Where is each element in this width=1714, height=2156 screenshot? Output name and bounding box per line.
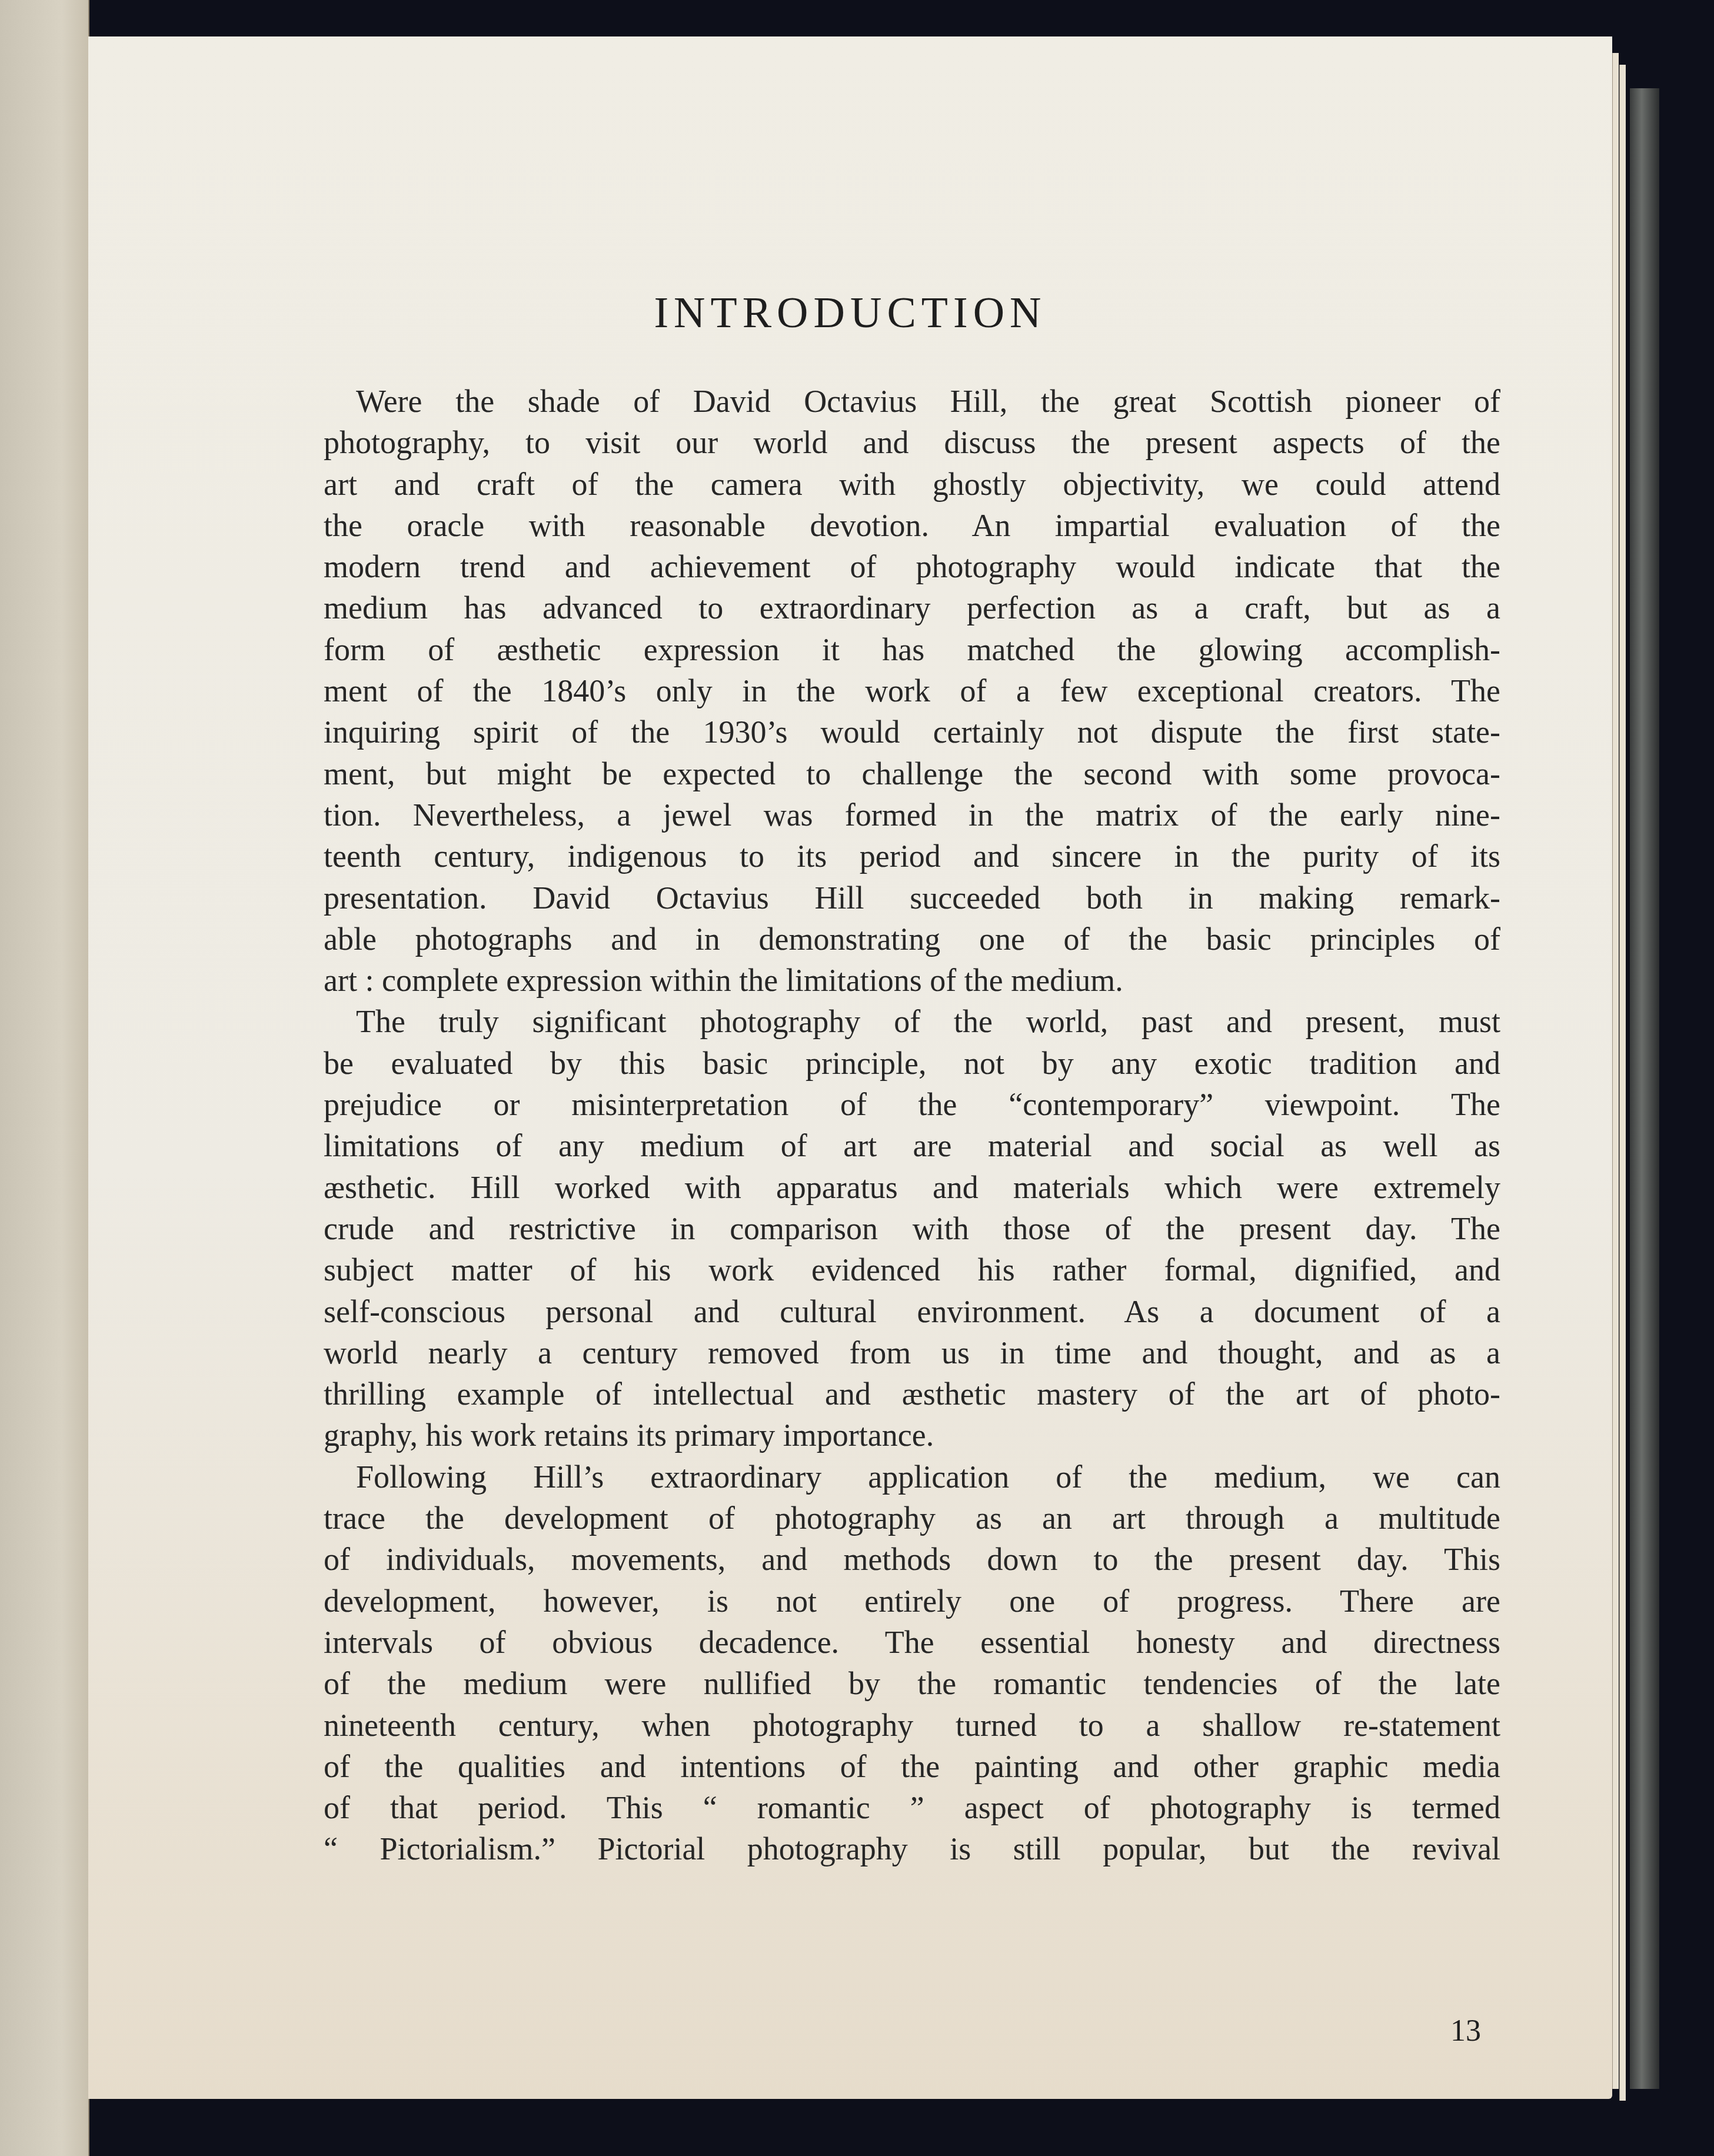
paragraph-2: The truly significant photography of the…	[324, 1001, 1500, 1456]
text-line: development, however, is not entirely on…	[324, 1581, 1500, 1622]
text-line: art : complete expression within the lim…	[324, 960, 1500, 1001]
text-line: teenth century, indigenous to its period…	[324, 836, 1500, 877]
text-line: of the medium were nullified by the roma…	[324, 1663, 1500, 1704]
page-stack-edge	[1612, 53, 1619, 2089]
text-line: Following Hill’s extraordinary applicati…	[324, 1456, 1500, 1498]
text-line: prejudice or misinterpretation of the “c…	[324, 1084, 1500, 1125]
text-line: inquiring spirit of the 1930’s would cer…	[324, 711, 1500, 753]
text-line: of individuals, movements, and methods d…	[324, 1539, 1500, 1580]
text-line: ment of the 1840’s only in the work of a…	[324, 670, 1500, 711]
text-line: æsthetic. Hill worked with apparatus and…	[324, 1167, 1500, 1208]
text-line: limitations of any medium of art are mat…	[324, 1125, 1500, 1166]
text-line: of that period. This “ romantic ” aspect…	[324, 1787, 1500, 1828]
text-line: photography, to visit our world and disc…	[324, 422, 1500, 463]
body-text: Were the shade of David Octavius Hill, t…	[324, 381, 1500, 1870]
facing-page-edge	[0, 0, 89, 2156]
text-line: form of æsthetic expression it has match…	[324, 629, 1500, 670]
chapter-title: INTRODUCTION	[88, 288, 1612, 338]
text-line: thrilling example of intellectual and æs…	[324, 1373, 1500, 1415]
text-line: able photographs and in demonstrating on…	[324, 919, 1500, 960]
text-line: intervals of obvious decadence. The esse…	[324, 1622, 1500, 1663]
text-line: of the qualities and intentions of the p…	[324, 1746, 1500, 1787]
text-line: be evaluated by this basic principle, no…	[324, 1043, 1500, 1084]
paragraph-1: Were the shade of David Octavius Hill, t…	[324, 381, 1500, 1001]
text-line: art and craft of the camera with ghostly…	[324, 464, 1500, 505]
text-line: The truly significant photography of the…	[324, 1001, 1500, 1042]
text-line: subject matter of his work evidenced his…	[324, 1249, 1500, 1290]
text-line: graphy, his work retains its primary imp…	[324, 1415, 1500, 1456]
text-line: crude and restrictive in comparison with…	[324, 1208, 1500, 1249]
text-line: tion. Nevertheless, a jewel was formed i…	[324, 794, 1500, 836]
paragraph-3: Following Hill’s extraordinary applicati…	[324, 1456, 1500, 1870]
text-line: presentation. David Octavius Hill succee…	[324, 877, 1500, 919]
text-line: world nearly a century removed from us i…	[324, 1332, 1500, 1373]
text-line: “ Pictorialism.” Pictorial photography i…	[324, 1828, 1500, 1869]
text-line: self-conscious personal and cultural env…	[324, 1291, 1500, 1332]
text-line: trace the development of photography as …	[324, 1498, 1500, 1539]
text-line: medium has advanced to extraordinary per…	[324, 587, 1500, 628]
text-line: Were the shade of David Octavius Hill, t…	[324, 381, 1500, 422]
book-cover-edge	[1630, 88, 1659, 2089]
text-line: modern trend and achievement of photogra…	[324, 546, 1500, 587]
text-line: ment, but might be expected to challenge…	[324, 753, 1500, 794]
book-page: INTRODUCTION Were the shade of David Oct…	[88, 36, 1612, 2099]
page-number: 13	[1450, 2014, 1481, 2048]
text-line: nineteenth century, when photography tur…	[324, 1705, 1500, 1746]
text-line: the oracle with reasonable devotion. An …	[324, 505, 1500, 546]
page-stack-edge	[1619, 65, 1626, 2101]
